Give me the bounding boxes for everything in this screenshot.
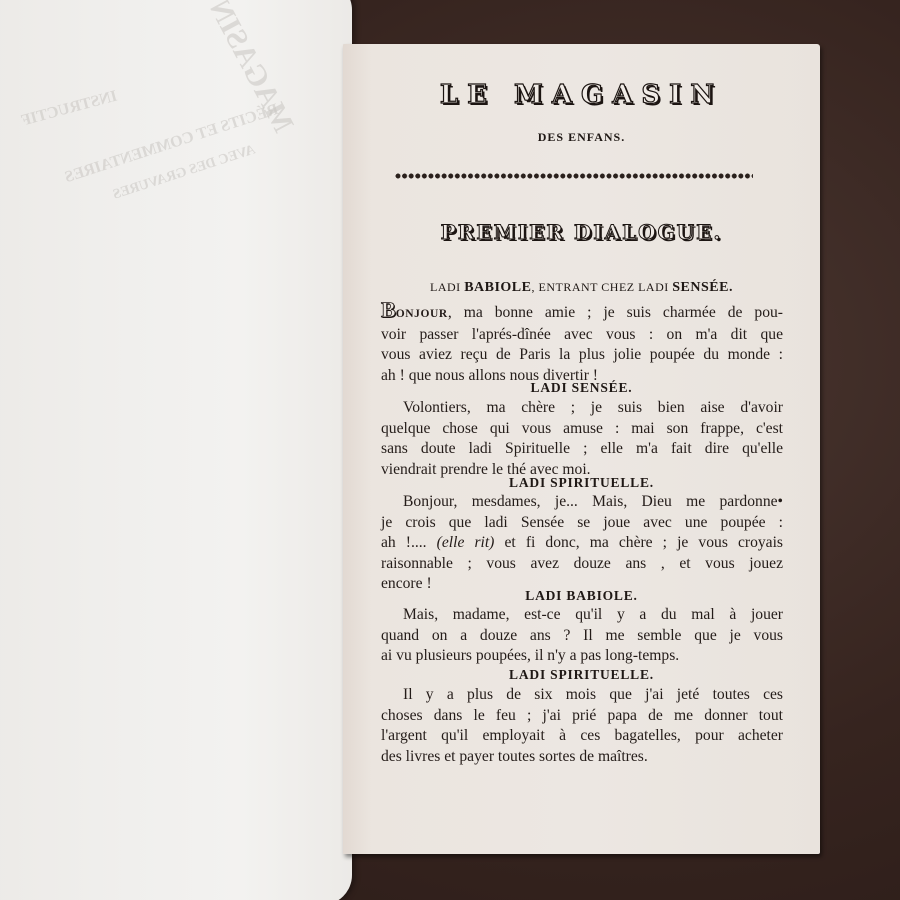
speaker-label: LADI SENSÉE. [343,380,820,396]
dialogue-paragraph: Mais, madame, est-ce qu'il y a du mal à … [381,605,783,667]
text-line: ah !.... [381,534,437,551]
character-name: SENSÉE. [672,280,733,295]
text-line: sans doute ladi Spirituelle ; elle m'a f… [381,439,783,460]
page-title: LE MAGASIN [343,80,820,110]
section-title: PREMIER DIALOGUE. [343,220,820,244]
text-line: et fi donc, ma chère ; je vous croyais [504,534,783,551]
text-line: je crois que ladi Sensée se joue avec un… [381,513,783,534]
text-line: vous aviez reçu de Paris la plus jolie p… [381,345,783,366]
text-line: quand on a douze ans ? Il me semble que … [381,626,783,647]
stage-direction-text: LADI [430,280,461,294]
text-line: Bonjour, mesdames, je... Mais, Dieu me p… [381,492,783,513]
right-page: LE MAGASIN DES ENFANS. PREMIER DIALOGUE.… [343,44,820,854]
text-line: l'argent qu'il employait à ces bagatelle… [381,726,783,747]
text-line: des livres et payer toutes sortes de maî… [381,747,783,768]
ornamental-rule [395,171,753,181]
stage-direction: LADI BABIOLE, ENTRANT CHEZ LADI SENSÉE. [343,280,820,296]
bleed-through-text: INSTRUCTIF [19,88,119,131]
text-line: Il y a plus de six mois que j'ai jeté to… [381,685,783,706]
text-line: choses dans le feu ; j'ai prié papa de m… [381,706,783,727]
dialogue-paragraph: BONJOUR, ma bonne amie ; je suis charmée… [381,300,783,386]
left-page: MAGASIN DES INSTRUCTIF RÉCITS ET COMMENT… [0,0,352,900]
page-subtitle: DES ENFANS. [343,130,820,145]
stage-aside: (elle rit) [437,534,495,551]
dialogue-paragraph: Bonjour, mesdames, je... Mais, Dieu me p… [381,492,783,595]
text-line: ai vu plusieurs poupées, il n'y a pas lo… [381,646,783,667]
dialogue-paragraph: Volontiers, ma chère ; je suis bien aise… [381,398,783,480]
text-line: , ma bonne amie ; je suis charmée de pou… [448,304,783,321]
text-line: quelque chose qui vous amuse : mai son f… [381,419,783,440]
drop-cap: B [381,297,396,322]
speaker-label: LADI BABIOLE. [343,588,820,604]
character-name: BABIOLE [464,280,531,295]
dialogue-paragraph: Il y a plus de six mois que j'ai jeté to… [381,685,783,767]
text-line: Volontiers, ma chère ; je suis bien aise… [381,398,783,419]
speaker-label: LADI SPIRITUELLE. [343,667,820,683]
text-line: voir passer l'aprés-dînée avec vous : on… [381,325,783,346]
text-line: Mais, madame, est-ce qu'il y a du mal à … [381,605,783,626]
text-line: raisonnable ; vous avez douze ans , et v… [381,554,783,575]
speaker-label: LADI SPIRITUELLE. [343,475,820,491]
stage-direction-text: , ENTRANT CHEZ LADI [532,280,669,294]
lead-word: ONJOUR [396,308,448,320]
